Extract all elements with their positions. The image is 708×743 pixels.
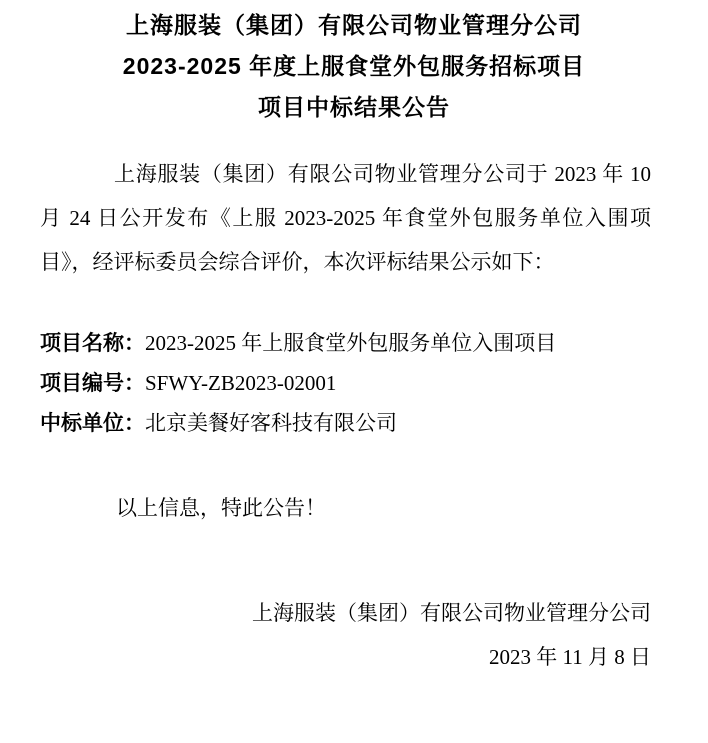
- title-line-result: 项目中标结果公告: [0, 87, 708, 128]
- title-line-company: 上海服装（集团）有限公司物业管理分公司: [0, 5, 708, 46]
- title-line-project: 2023-2025 年度上服食堂外包服务招标项目: [0, 46, 708, 87]
- intro-line-1: 上海服装（集团）有限公司物业管理分公司于 2023 年 10: [40, 152, 651, 196]
- field-project-number: 项目编号：SFWY-ZB2023-02001: [40, 363, 651, 403]
- document-content: 上海服装（集团）有限公司物业管理分公司于 2023 年 10 月 24 日公开发…: [0, 152, 708, 679]
- signature-company: 上海服装（集团）有限公司物业管理分公司: [40, 591, 651, 635]
- field-project-number-label: 项目编号：: [40, 371, 145, 395]
- intro-line-3: 目》，经评标委员会综合评价，本次评标结果公示如下：: [40, 240, 651, 284]
- announcement-document: 上海服装（集团）有限公司物业管理分公司 2023-2025 年度上服食堂外包服务…: [0, 0, 708, 743]
- field-winning-bidder: 中标单位：北京美餐好客科技有限公司: [40, 403, 651, 443]
- field-winning-bidder-value: 北京美餐好客科技有限公司: [145, 411, 397, 435]
- field-project-name: 项目名称：2023-2025 年上服食堂外包服务单位入围项目: [40, 323, 651, 363]
- intro-line-2: 月 24 日公开发布《上服 2023-2025 年食堂外包服务单位入围项: [40, 196, 651, 240]
- intro-paragraph: 上海服装（集团）有限公司物业管理分公司于 2023 年 10 月 24 日公开发…: [40, 152, 651, 284]
- project-fields: 项目名称：2023-2025 年上服食堂外包服务单位入围项目 项目编号：SFWY…: [40, 323, 651, 443]
- field-project-number-value: SFWY-ZB2023-02001: [145, 371, 336, 395]
- field-project-name-value: 2023-2025 年上服食堂外包服务单位入围项目: [145, 331, 556, 355]
- field-project-name-label: 项目名称：: [40, 331, 145, 355]
- field-winning-bidder-label: 中标单位：: [40, 411, 145, 435]
- signature-date: 2023 年 11 月 8 日: [40, 635, 651, 679]
- signature-block: 上海服装（集团）有限公司物业管理分公司 2023 年 11 月 8 日: [40, 591, 651, 679]
- document-title: 上海服装（集团）有限公司物业管理分公司 2023-2025 年度上服食堂外包服务…: [0, 0, 708, 128]
- closing-statement: 以上信息，特此公告！: [40, 487, 651, 530]
